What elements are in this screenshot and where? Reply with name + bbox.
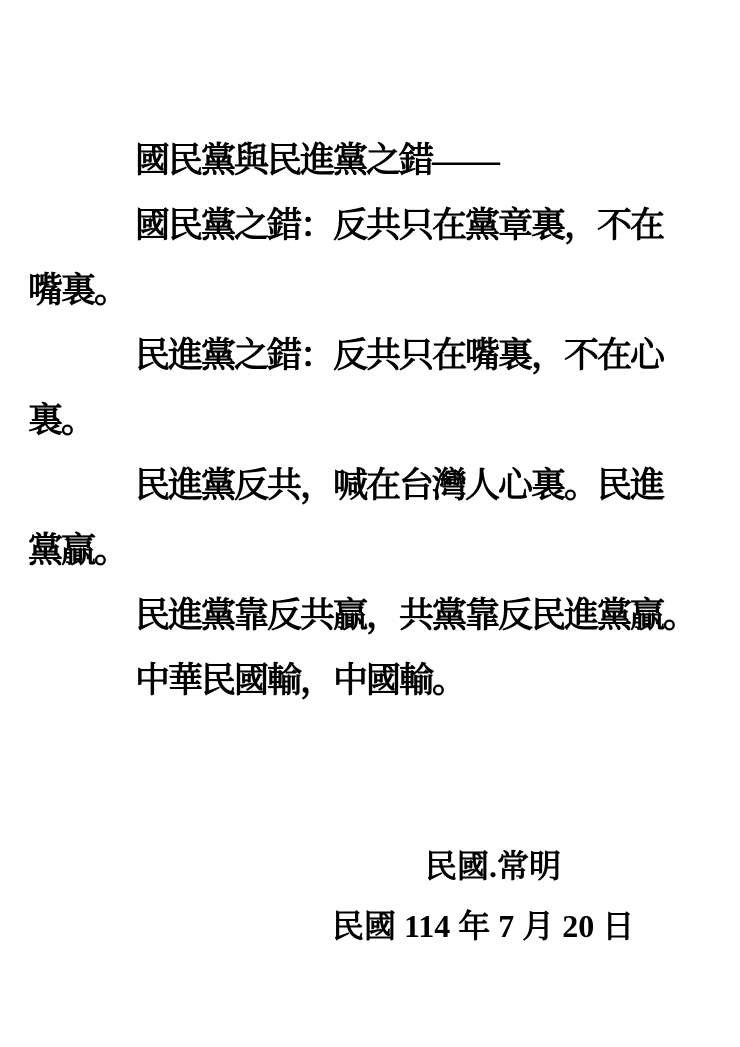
- text-line-title: 國民黨與民進黨之錯——: [28, 128, 668, 193]
- text-line: 國民黨之錯：反共只在黨章裏，不在: [28, 193, 668, 258]
- signature-date: 民國 114 年 7 月 20 日: [332, 896, 634, 956]
- signature-name: 民國.常明: [425, 836, 561, 896]
- document-page: 國民黨與民進黨之錯—— 國民黨之錯：反共只在黨章裏，不在 嘴裏。 民進黨之錯：反…: [0, 0, 740, 1047]
- text-line: 黨贏。: [28, 518, 668, 583]
- document-body: 國民黨與民進黨之錯—— 國民黨之錯：反共只在黨章裏，不在 嘴裏。 民進黨之錯：反…: [28, 128, 668, 713]
- text-line: 民進黨反共，喊在台灣人心裏。民進: [28, 453, 668, 518]
- text-line: 民進黨之錯：反共只在嘴裏，不在心: [28, 323, 668, 388]
- text-line: 中華民國輸，中國輸。: [28, 648, 668, 713]
- text-line: 嘴裏。: [28, 258, 668, 323]
- text-line: 裏。: [28, 388, 668, 453]
- text-line: 民進黨靠反共贏，共黨靠反民進黨贏。: [28, 583, 668, 648]
